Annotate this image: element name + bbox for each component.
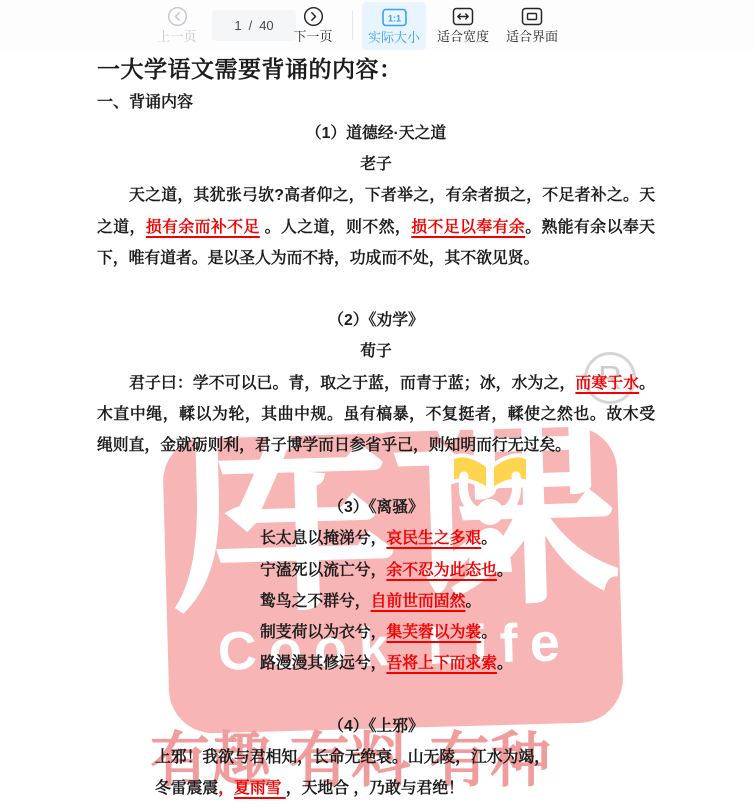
prev-page-button[interactable]: 上一页 — [152, 5, 202, 44]
blank-line — [97, 461, 655, 492]
text-line: 长太息以掩涕兮，哀民生之多艰。 — [97, 523, 655, 554]
page-number-input[interactable]: 1 / 40 — [212, 10, 296, 41]
center-heading-line: 荀子 — [97, 336, 655, 367]
fit-screen-icon — [521, 5, 543, 27]
text-segment: 天之道，其犹张弓欤?高者仰之，下者举之，有余者损之，不足者补之。天 — [129, 187, 655, 204]
text-line: 天之道，其犹张弓欤?高者仰之，下者举之，有余者损之，不足者补之。天 — [97, 180, 655, 211]
fit-width-label: 适合宽度 — [437, 29, 489, 44]
text-segment: 。人之道，则不然， — [260, 219, 411, 236]
text-segment: 下，唯有道者。是以圣人为而不持，功成而不处，其不欲见贤。 — [97, 250, 539, 267]
text-segment: 。 — [481, 530, 497, 547]
toolbar-divider — [352, 10, 353, 40]
text-line: 君子曰：学不可以已。青，取之于蓝，而青于蓝；冰，水为之，而寒于水。 — [97, 368, 655, 399]
text-segment: 。 — [497, 655, 513, 672]
fit-screen-label: 适合界面 — [506, 29, 558, 44]
highlighted-red-text: 而寒于水 — [575, 375, 639, 392]
text-segment: 。 — [639, 375, 655, 392]
text-line: 冬雷震震，夏雨雪 ，天地合 ，乃敢与君绝！ — [97, 773, 655, 804]
text-line: 绳则直，金就砺则利，君子博学而日参省乎己，则知明而行无过矣。 — [97, 430, 655, 461]
text-line: 之道，损有余而补不足 。人之道，则不然，损不足以奉有余。熟能有余以奉天 — [97, 212, 655, 243]
page-separator: / — [249, 18, 253, 33]
one-to-one-icon: 1:1 — [382, 6, 407, 28]
text-segment: 。熟能有余以奉天 — [525, 219, 655, 236]
text-segment: 鸷鸟之不群兮， — [260, 593, 371, 610]
next-page-button[interactable]: 下一页 — [288, 5, 338, 44]
center-heading-line: （1）道德经·天之道 — [97, 118, 655, 149]
next-page-label: 下一页 — [293, 29, 332, 44]
text-segment: 路漫漫其修远兮， — [260, 655, 386, 672]
text-segment: 绳则直，金就砺则利，君子博学而日参省乎己，则知明而行无过矣。 — [97, 437, 571, 454]
prev-page-label: 上一页 — [157, 29, 196, 44]
text-segment: 。 — [497, 562, 513, 579]
fit-width-icon — [452, 5, 474, 27]
text-line: 鸷鸟之不群兮，自前世而固然。 — [97, 586, 655, 617]
blank-line — [97, 274, 655, 305]
actual-size-label: 实际大小 — [368, 30, 420, 45]
text-segment: 荀子 — [360, 343, 392, 360]
text-segment: 。 — [481, 624, 497, 641]
svg-text:1:1: 1:1 — [387, 13, 400, 23]
center-heading-line: 老子 — [97, 149, 655, 180]
text-segment: 君子曰：学不可以已。青，取之于蓝，而青于蓝；冰，水为之， — [129, 375, 575, 392]
text-line: 宁溘死以流亡兮，余不忍为此态也。 — [97, 555, 655, 586]
document-body: （1）道德经·天之道老子天之道，其犹张弓欤?高者仰之，下者举之，有余者损之，不足… — [97, 118, 655, 804]
current-page: 1 — [234, 18, 241, 33]
text-line: 上邪！我欲与君相知，长命无绝衰。山无陵，江水为竭， — [97, 742, 655, 773]
highlighted-red-text: 自前世而固然 — [371, 593, 466, 610]
center-heading-line: （3）《离骚》 — [97, 492, 655, 523]
text-segment: 上邪！我欲与君相知，长命无绝衰。山无陵，江水为竭， — [155, 749, 550, 766]
text-line: 木直中绳，輮以为轮，其曲中规。虽有槁暴，不复挺者，輮使之然也。故木受 — [97, 399, 655, 430]
text-segment: 。 — [465, 593, 481, 610]
text-line: 制芰荷以为衣兮，集芙蓉以为裳。 — [97, 617, 655, 648]
chevron-left-circle-icon — [167, 5, 188, 27]
highlighted-red-text: 夏雨雪 — [234, 780, 286, 797]
text-segment: 木直中绳，輮以为轮，其曲中规。虽有槁暴，不复挺者，輮使之然也。故木受 — [97, 406, 655, 423]
total-pages: 40 — [259, 18, 273, 33]
highlighted-red-text: 损有余而补不足 — [146, 219, 260, 236]
text-segment: （1）道德经·天之道 — [306, 125, 446, 142]
chevron-right-circle-icon — [303, 5, 324, 27]
text-segment: （4）《上邪》 — [328, 718, 424, 735]
text-segment: 老子 — [360, 156, 392, 173]
highlighted-red-text: 损不足以奉有余 — [411, 219, 525, 236]
highlighted-red-text: ， — [218, 780, 234, 797]
highlighted-red-text: 余不忍为此态也 — [386, 562, 497, 579]
text-line: 路漫漫其修远兮，吾将上下而求索。 — [97, 648, 655, 679]
viewer-toolbar: 上一页 1 / 40 下一页 1:1 实际大小 适合宽度 适合界面 — [0, 0, 754, 50]
document-content: 一大学语文需要背诵的内容： 一、背诵内容 （1）道德经·天之道老子天之道，其犹张… — [97, 50, 655, 804]
page-title: 一大学语文需要背诵的内容： — [97, 53, 655, 86]
text-segment: 冬雷震震 — [155, 780, 218, 797]
text-segment: 制芰荷以为衣兮， — [260, 624, 386, 641]
section-heading: 一、背诵内容 — [97, 92, 655, 113]
blank-line — [97, 679, 655, 710]
document-page: R 库课 Cook Life 有趣 有料 有种 一大学语文需要背诵的内容： 一、… — [0, 50, 754, 809]
highlighted-red-text: 集芙蓉以为裳 — [386, 624, 481, 641]
text-segment: （3）《离骚》 — [328, 499, 424, 516]
text-segment: ，天地合 ，乃敢与君绝！ — [286, 780, 464, 797]
highlighted-red-text: 吾将上下而求索 — [386, 655, 497, 672]
text-segment: （2）《劝学》 — [328, 312, 424, 329]
fit-screen-button[interactable]: 适合界面 — [501, 5, 563, 44]
text-segment: 之道， — [97, 219, 146, 236]
center-heading-line: （2）《劝学》 — [97, 305, 655, 336]
text-segment: 宁溘死以流亡兮， — [260, 562, 386, 579]
actual-size-button[interactable]: 1:1 实际大小 — [362, 2, 426, 50]
text-segment: 长太息以掩涕兮， — [260, 530, 386, 547]
center-heading-line: （4）《上邪》 — [97, 711, 655, 742]
text-line: 下，唯有道者。是以圣人为而不持，功成而不处，其不欲见贤。 — [97, 243, 655, 274]
highlighted-red-text: 哀民生之多艰 — [386, 530, 481, 547]
fit-width-button[interactable]: 适合宽度 — [432, 5, 494, 44]
